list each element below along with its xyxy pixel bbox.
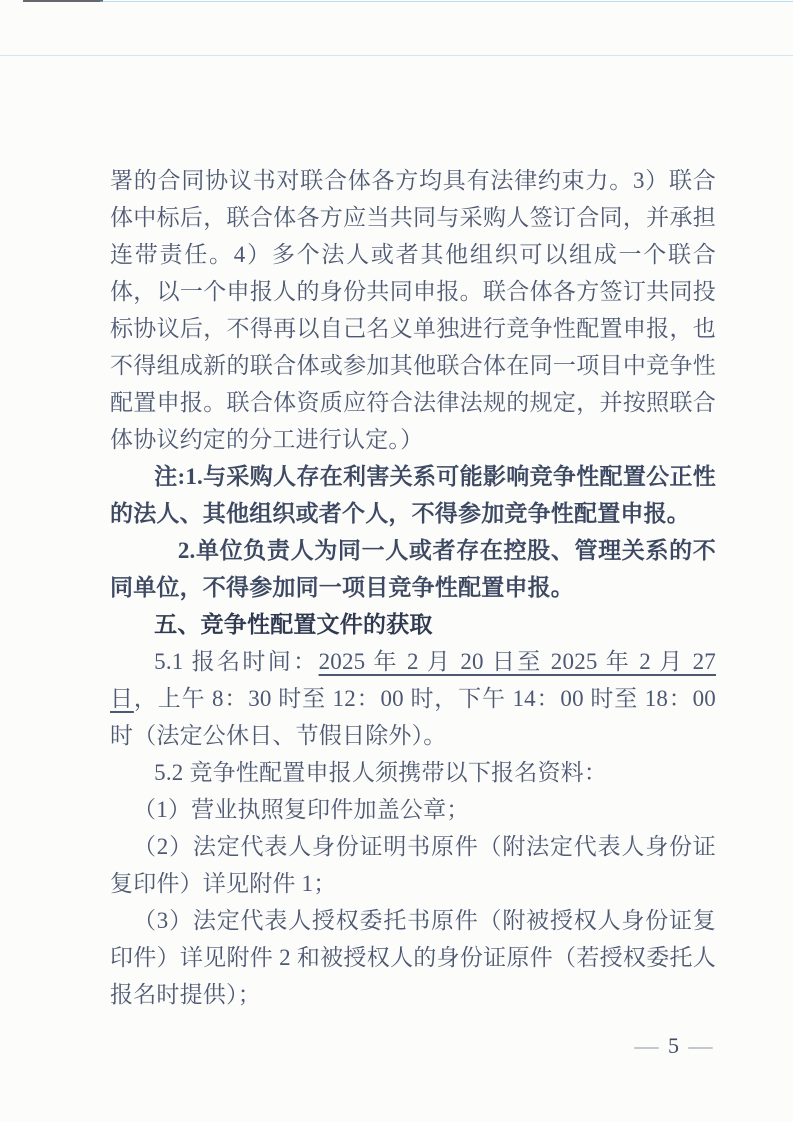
page-footer: — 5 —	[636, 1034, 711, 1058]
paragraph-5-2: 5.2 竞争性配置申报人须携带以下报名资料：	[110, 754, 716, 791]
section-heading-5: 五、竞争性配置文件的获取	[110, 606, 716, 643]
required-document-item-2: （2）法定代表人身份证明书原件（附法定代表人身份证复印件）详见附件 1；	[110, 828, 716, 902]
registration-time-label: 5.1 报名时间：	[154, 649, 318, 674]
scan-corner-mark	[23, 0, 103, 2]
paragraph-5-1: 5.1 报名时间：2025 年 2 月 20 日至 2025 年 2 月 27 …	[110, 643, 716, 754]
paragraph-note-2: 2.单位负责人为同一人或者存在控股、管理关系的不同单位，不得参加同一项目竞争性配…	[110, 532, 716, 606]
footer-dash-right: —	[688, 1034, 712, 1058]
paragraph-joint-venture-terms: 署的合同协议书对联合体各方均具有法律约束力。3）联合体中标后，联合体各方应当共同…	[110, 162, 716, 458]
paragraph-note-1: 注:1.与采购人存在利害关系可能影响竞争性配置公正性的法人、其他组织或者个人，不…	[110, 458, 716, 532]
required-document-item-3: （3）法定代表人授权委托书原件（附被授权人身份证复印件）详见附件 2 和被授权人…	[110, 902, 716, 1013]
page-number: 5	[668, 1034, 679, 1058]
footer-dash-left: —	[634, 1034, 658, 1058]
scan-artifact-line-top	[100, 1, 793, 2]
document-body: 署的合同协议书对联合体各方均具有法律约束力。3）联合体中标后，联合体各方应当共同…	[110, 162, 716, 1013]
registration-time-detail: ，上午 8：30 时至 12：00 时，下午 14：00 时至 18：00 时（…	[110, 686, 716, 748]
scan-artifact-line	[0, 55, 793, 56]
document-page: 署的合同协议书对联合体各方均具有法律约束力。3）联合体中标后，联合体各方应当共同…	[0, 0, 793, 1122]
required-document-item-1: （1）营业执照复印件加盖公章；	[110, 791, 716, 828]
